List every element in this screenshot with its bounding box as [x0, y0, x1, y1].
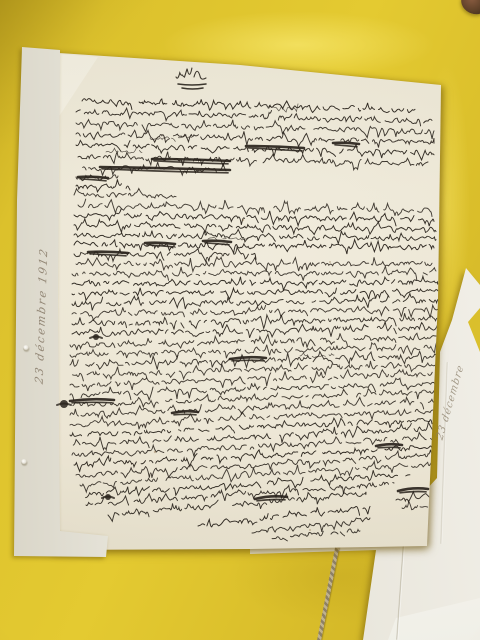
under-sheet-wrapper: [0, 0, 480, 640]
folder-background: [0, 0, 480, 640]
ink-marks: [57, 219, 331, 531]
manuscript-sheet: [0, 0, 480, 640]
paper-crease: [396, 546, 406, 640]
left-margin-date: 23 décembre 1912: [32, 214, 55, 418]
interlinear-insertions: [106, 104, 334, 357]
corner-fold: [0, 0, 480, 640]
paper-dimple: [21, 459, 27, 465]
under-sheet-right: [0, 0, 480, 640]
right-edge-date: 23 décembre: [429, 342, 475, 464]
paper-notch: [0, 0, 480, 640]
photo-vignette: [0, 0, 480, 640]
left-guard-strip: [0, 0, 480, 640]
handwriting-layer: [0, 0, 480, 640]
guard-strip-wrapper: [0, 0, 480, 640]
handwriting-lines: [70, 68, 450, 541]
photo-surface: 23 décembre 23 décembre 1912: [0, 0, 480, 640]
paper-crease: [440, 362, 449, 544]
manuscript-wrapper: [0, 0, 480, 640]
paper-dimple: [23, 345, 29, 351]
folded-corner-highlight: [0, 0, 480, 640]
under-sheet-sliver: [0, 0, 480, 640]
strikethroughs: [70, 143, 428, 501]
twine-string: [317, 543, 340, 640]
dark-corner-object: [458, 0, 480, 18]
